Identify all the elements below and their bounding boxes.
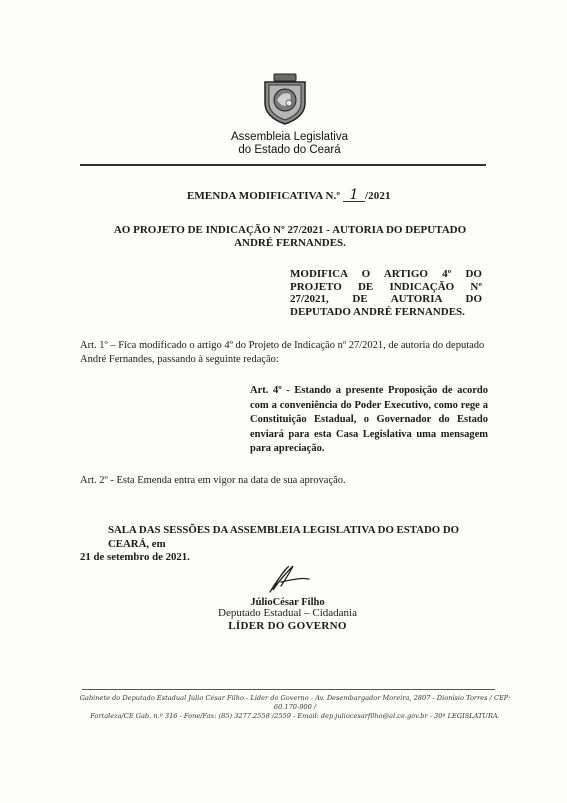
footer-line-2: Fortaleza/CE Gab. n.º 316 - Fone/Fax: (8… — [70, 712, 520, 721]
coat-of-arms-icon — [262, 73, 308, 125]
closing-line-1: SALA DAS SESSÕES DA ASSEMBLEIA LEGISLATI… — [80, 524, 490, 551]
article-4-quoted: Art. 4º - Estando a presente Proposição … — [250, 384, 488, 457]
closing-statement: SALA DAS SESSÕES DA ASSEMBLEIA LEGISLATI… — [80, 524, 490, 565]
article-1: Art. 1º – Fica modificado o artigo 4º do… — [80, 339, 490, 366]
header-divider — [80, 164, 486, 166]
footer-divider — [82, 689, 495, 690]
subject-line: AO PROJETO DE INDICAÇÃO Nº 27/2021 - AUT… — [100, 224, 480, 250]
document-title: EMENDA MODIFICATIVA N.º 1/2021 — [187, 190, 391, 202]
title-prefix: EMENDA MODIFICATIVA N.º — [187, 190, 340, 202]
signer-title: LÍDER DO GOVERNO — [4, 620, 567, 633]
handwritten-number: 1 — [343, 190, 365, 202]
title-year: /2021 — [365, 190, 391, 202]
document-page: Assembleia Legislativa do Estado do Cear… — [0, 0, 567, 803]
institution-name: Assembleia Legislativa — [6, 130, 567, 144]
institution-state: do Estado do Ceará — [6, 143, 567, 157]
signer-role: Deputado Estadual – Cidadania — [4, 607, 567, 620]
article-2: Art. 2º - Esta Emenda entra em vigor na … — [80, 474, 346, 488]
footer-line-1: Gabinete do Deputado Estadual Júlio Césa… — [70, 694, 520, 712]
signature-scribble — [215, 560, 355, 595]
footer: Gabinete do Deputado Estadual Júlio Césa… — [70, 694, 520, 721]
ementa: MODIFICA O ARTIGO 4º DO PROJETO DE INDIC… — [290, 268, 482, 318]
